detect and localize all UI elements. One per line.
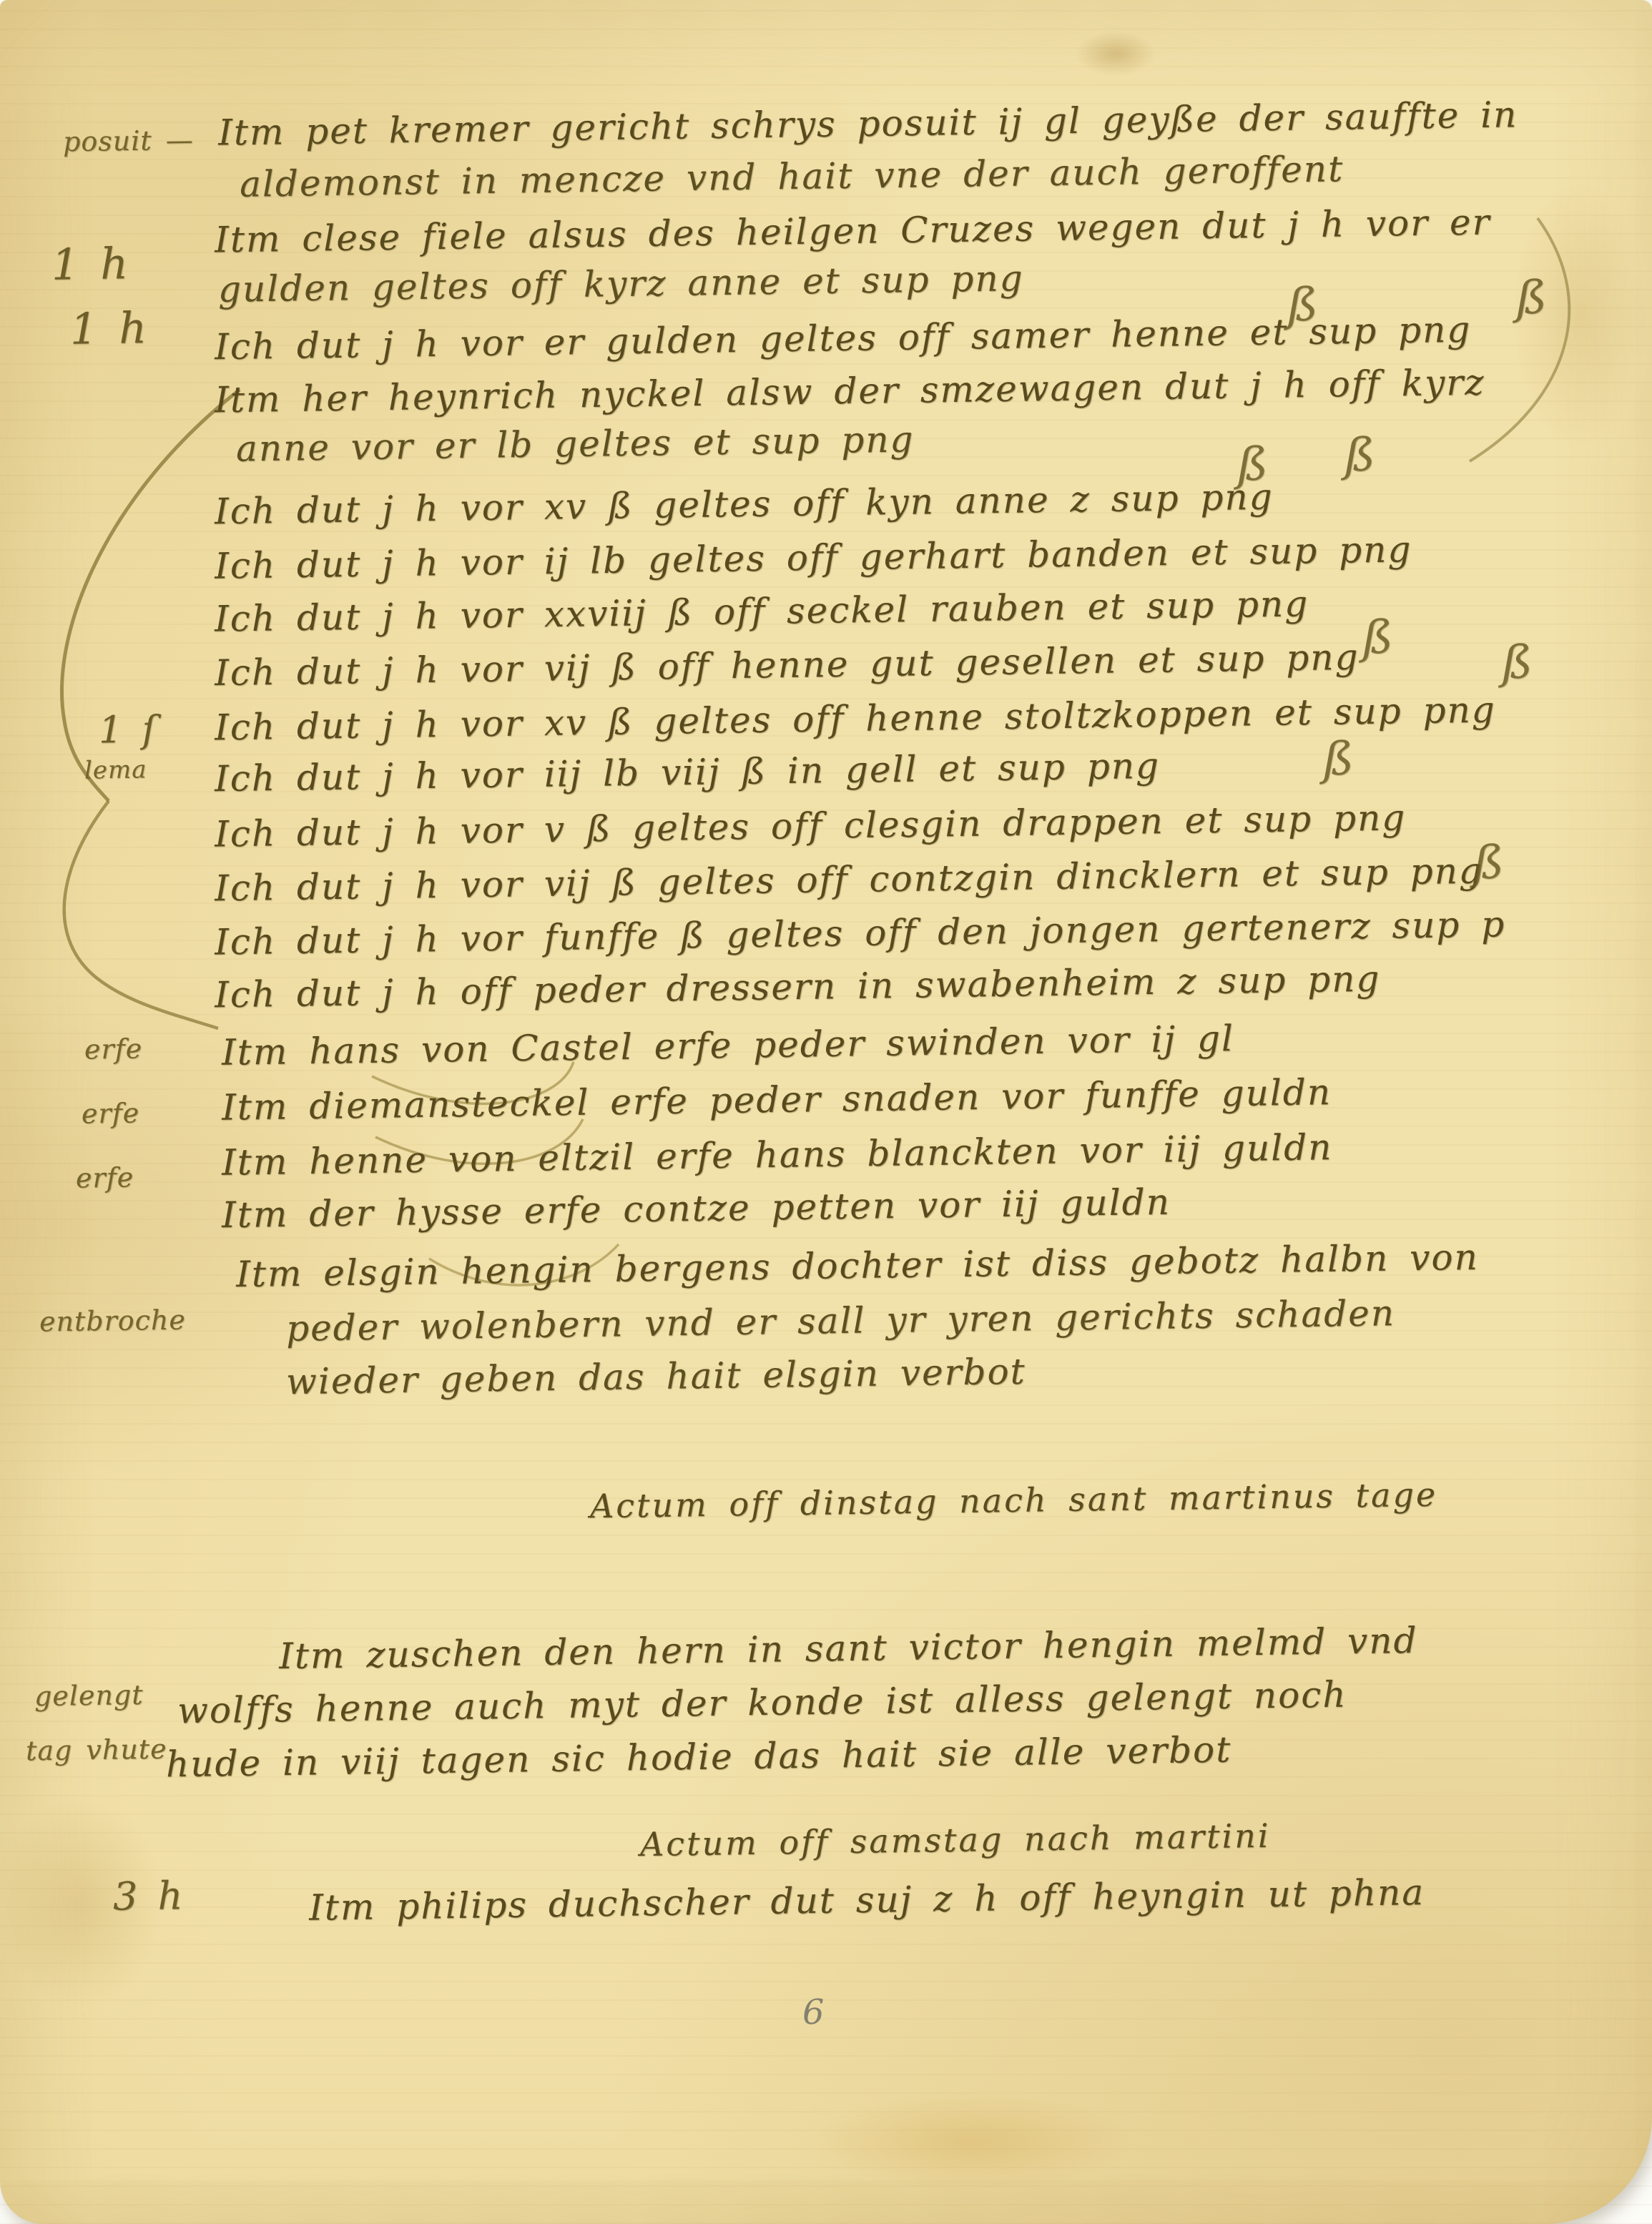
shilling-flourish: ß <box>1502 640 1535 687</box>
shilling-flourish: ß <box>1237 442 1270 488</box>
shilling-flourish: ß <box>1516 275 1549 322</box>
margin-sum-mark: 1 ſ <box>99 711 157 749</box>
shilling-flourish: ß <box>1287 282 1320 329</box>
margin-note-gelengt: gelengt <box>34 1681 144 1710</box>
actum-heading-saturday: Actum off samstag nach martini <box>640 1819 1271 1861</box>
margin-note-tag-vhute: tag vhute <box>26 1736 167 1765</box>
margin-note-erfe: erfe <box>82 1099 140 1127</box>
margin-note-posuit: posuit — <box>63 127 194 156</box>
margin-tally-mark: 1 h <box>51 242 129 286</box>
shilling-flourish: ß <box>1344 433 1377 479</box>
margin-sum-label: lema <box>84 757 147 782</box>
margin-note-erfe: erfe <box>76 1163 134 1191</box>
shilling-flourish: ß <box>1473 840 1506 887</box>
page-number: 6 <box>802 1995 825 2029</box>
manuscript-page: posuit — 1 h 1 h 1 ſ lema erfe erfe erfe… <box>0 0 1652 2224</box>
margin-tally-mark: 1 h <box>70 307 147 350</box>
manuscript-line: wieder geben das hait elsgin verbot <box>286 1354 1026 1399</box>
margin-note-erfe: erfe <box>84 1035 143 1063</box>
margin-note-entbroche: entbroche <box>39 1307 186 1336</box>
shilling-flourish: ß <box>1362 615 1395 661</box>
margin-note-three-h: 3 h <box>113 1876 183 1916</box>
shilling-flourish: ß <box>1323 737 1356 783</box>
manuscript-line: gulden geltes off kyrz anne et sup png <box>218 260 1024 307</box>
manuscript-line: anne vor er lb geltes et sup png <box>236 421 915 466</box>
